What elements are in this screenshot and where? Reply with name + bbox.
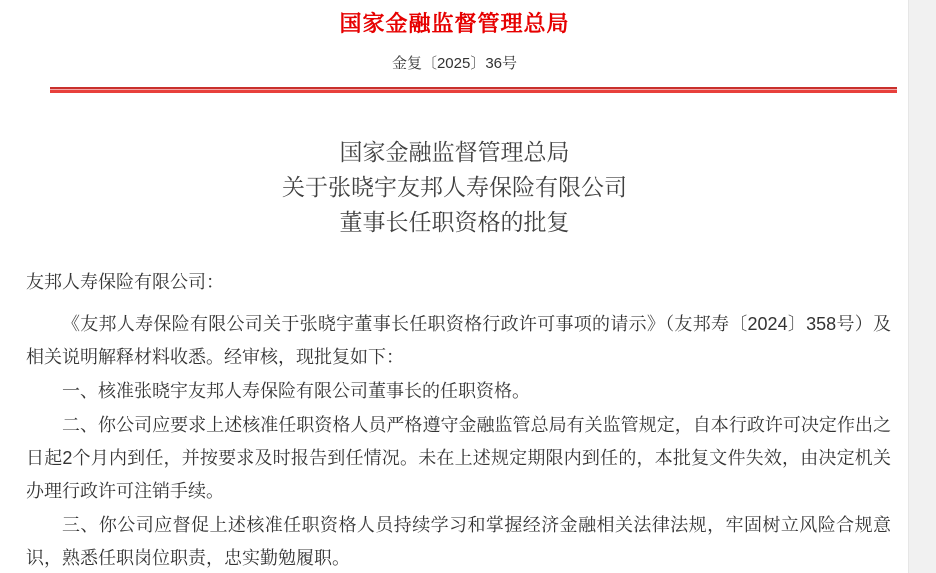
document-title-line-1: 国家金融监督管理总局 xyxy=(0,135,909,170)
paragraph-item-3: 三、你公司应督促上述核准任职资格人员持续学习和掌握经济金融相关法律法规，牢固树立… xyxy=(26,509,891,573)
document-title: 国家金融监督管理总局 关于张晓宇友邦人寿保险有限公司 董事长任职资格的批复 xyxy=(0,135,909,240)
document-title-line-3: 董事长任职资格的批复 xyxy=(0,205,909,240)
document-body: 友邦人寿保险有限公司： 《友邦人寿保险有限公司关于张晓宇董事长任职资格行政许可事… xyxy=(26,266,891,573)
paragraph-item-1: 一、核准张晓宇友邦人寿保险有限公司董事长的任职资格。 xyxy=(26,375,891,408)
document-title-line-2: 关于张晓宇友邦人寿保险有限公司 xyxy=(0,170,909,205)
document-content: 国家金融监督管理总局 金复〔2025〕36号 国家金融监督管理总局 关于张晓宇友… xyxy=(0,0,909,573)
red-divider xyxy=(50,87,897,93)
salutation: 友邦人寿保险有限公司： xyxy=(26,266,891,299)
paragraph-item-2: 二、你公司应要求上述核准任职资格人员严格遵守金融监管总局有关监管规定，自本行政许… xyxy=(26,409,891,508)
scrollbar-track[interactable] xyxy=(908,0,936,573)
red-divider-bottom-line xyxy=(50,90,897,93)
document-page: 国家金融监督管理总局 金复〔2025〕36号 国家金融监督管理总局 关于张晓宇友… xyxy=(0,0,936,573)
paragraph-intro: 《友邦人寿保险有限公司关于张晓宇董事长任职资格行政许可事项的请示》（友邦寿〔20… xyxy=(26,308,891,374)
document-number: 金复〔2025〕36号 xyxy=(0,52,909,73)
agency-title: 国家金融监督管理总局 xyxy=(0,7,909,38)
